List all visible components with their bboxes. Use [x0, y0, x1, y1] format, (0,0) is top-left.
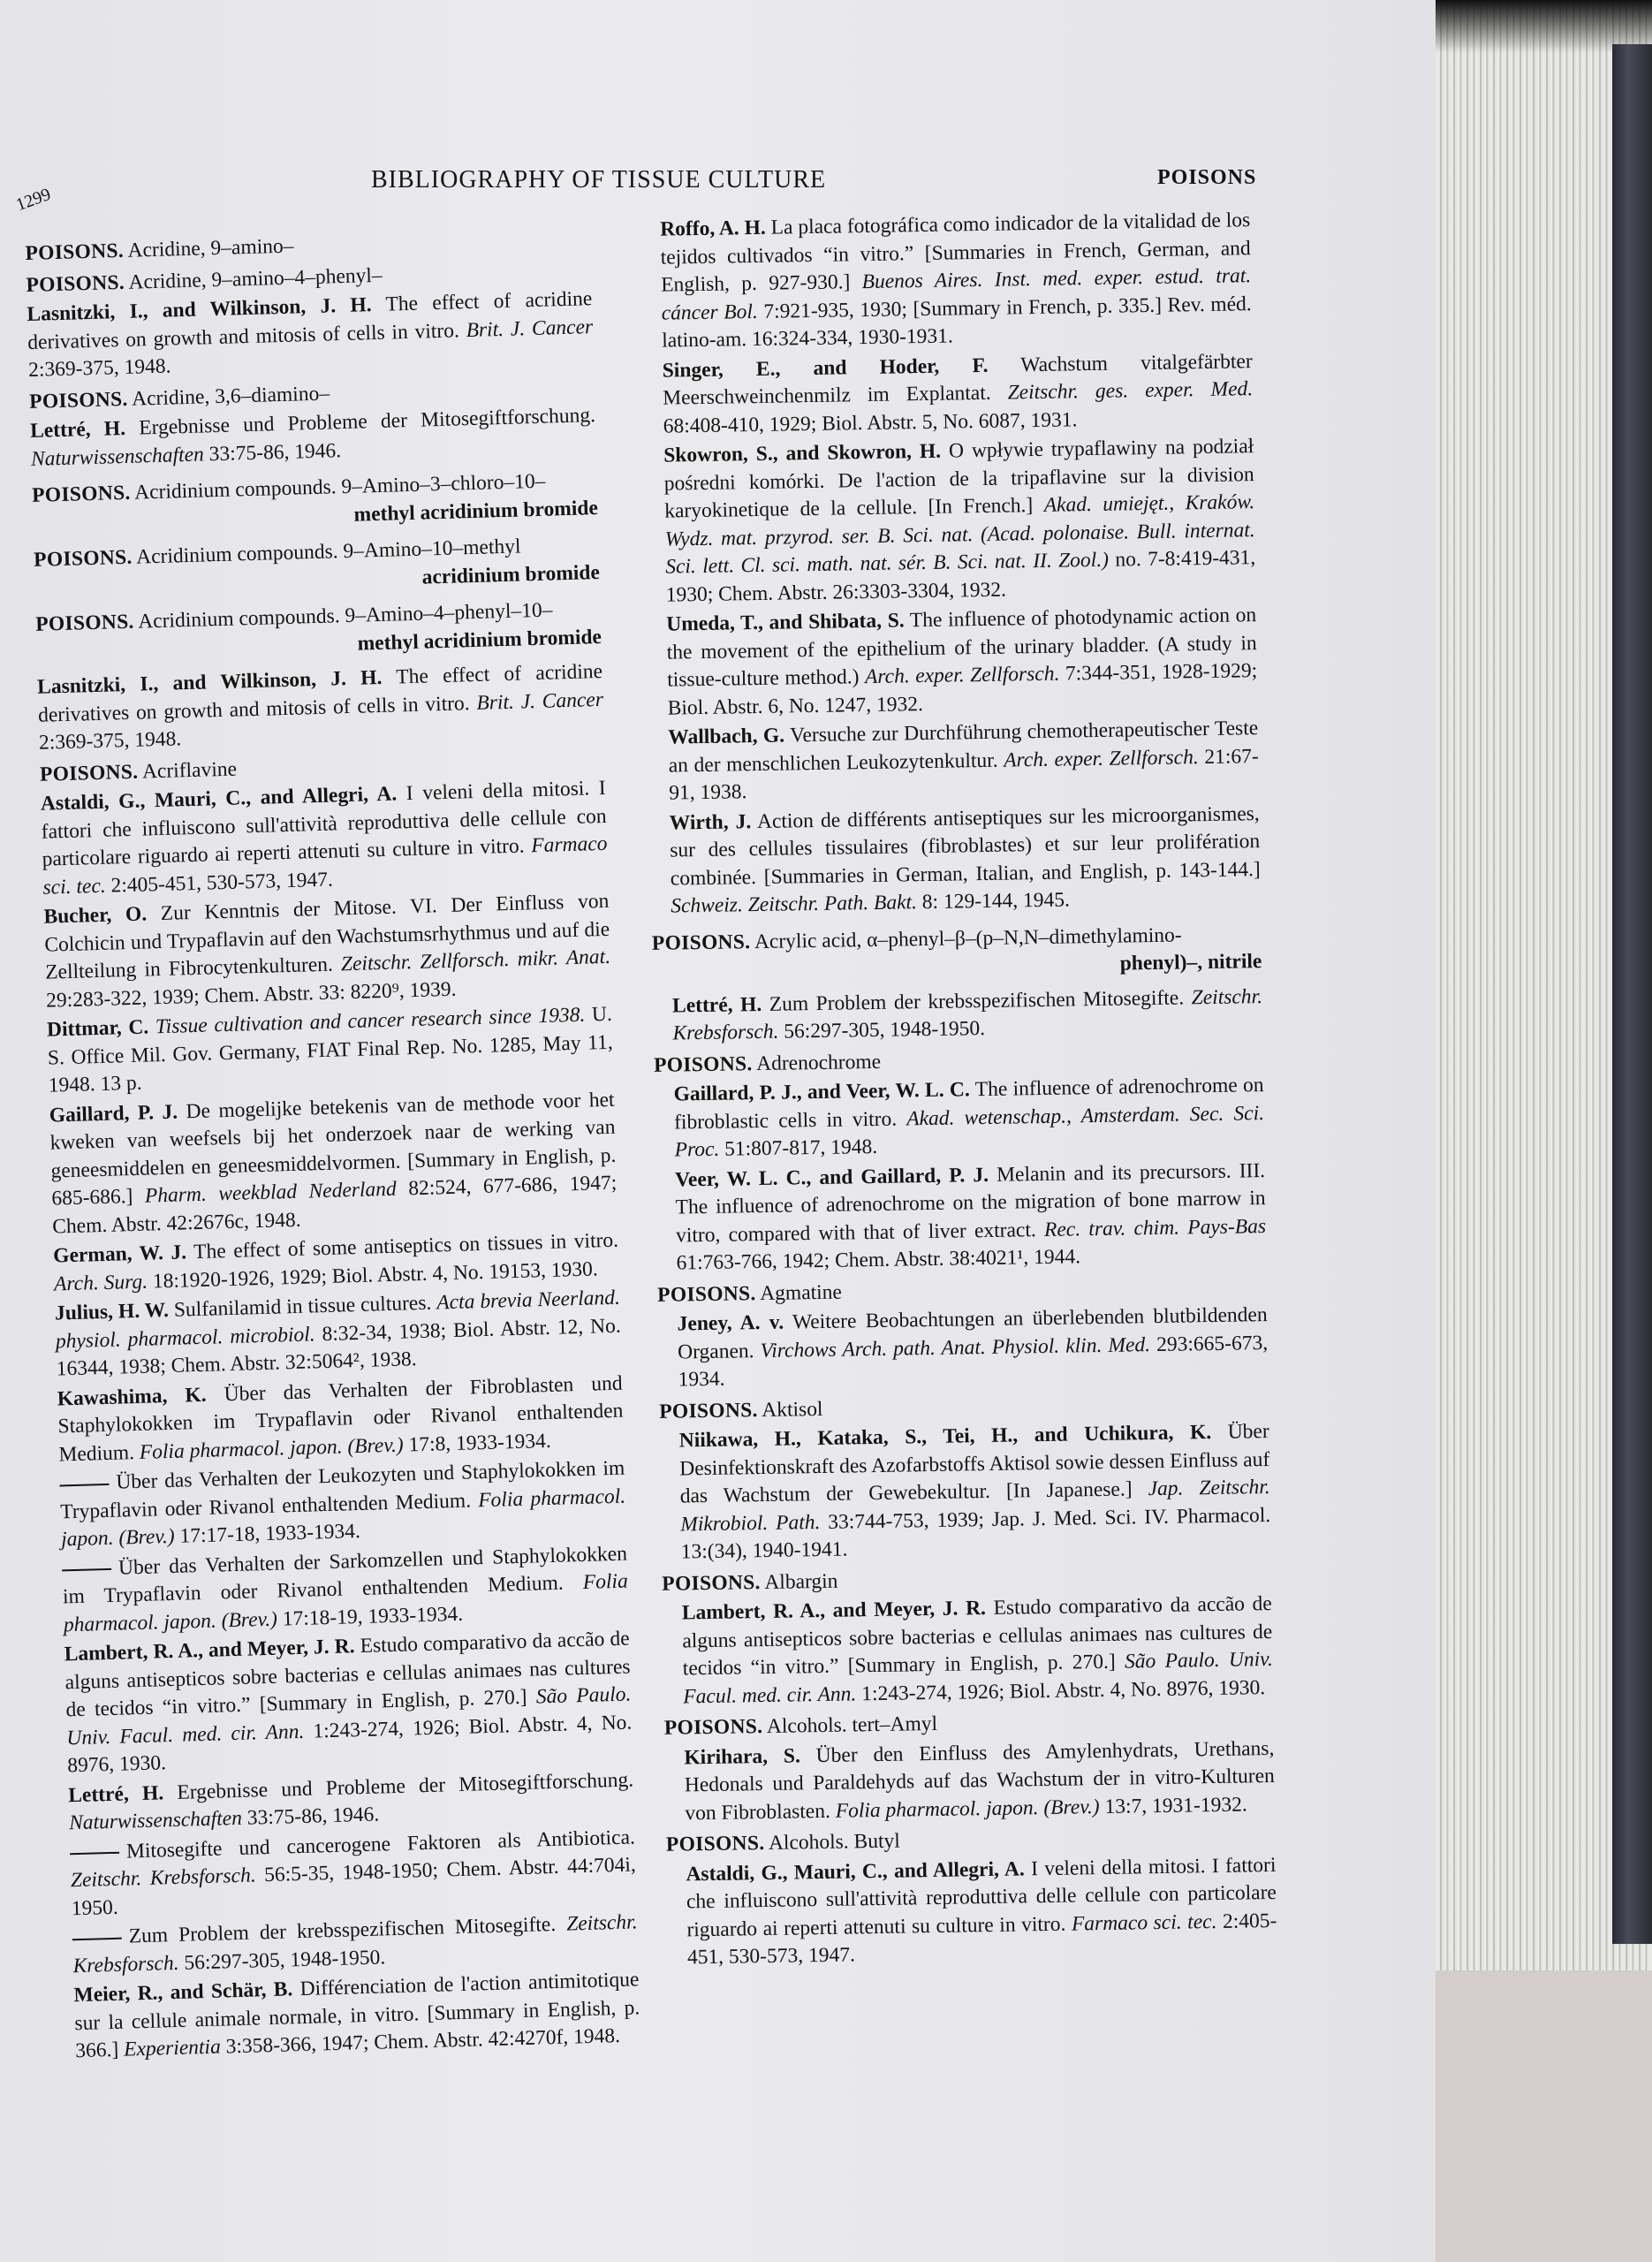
entry-author: Wallbach, G.: [668, 725, 784, 749]
heading-text: Albargin: [764, 1569, 838, 1593]
section-heading: POISONS: [1157, 166, 1256, 190]
entry-author: Singer, E., and Hoder, F.: [663, 353, 989, 382]
entry-author: Astaldi, G., Mauri, C., and Allegri, A.: [41, 782, 398, 815]
page-edge-bottom: [1436, 1970, 1652, 2262]
heading-text: Aktisol: [762, 1397, 823, 1421]
entry-journal: Virchows Arch. path. Anat. Physiol. klin…: [760, 1333, 1150, 1363]
entry-author: Julius, H. W.: [55, 1299, 170, 1325]
ditto-dash: [62, 1568, 111, 1572]
heading-keyword: POISONS.: [40, 760, 139, 786]
heading-text: Acridine, 3,6–diamino–: [132, 382, 330, 410]
entry-journal: Folia pharmacol. japon. (Brev.): [836, 1795, 1100, 1823]
entry-author: Lasnitzki, I., and Wilkinson, J. H.: [27, 293, 372, 326]
bibliography-entry: Skowron, S., and Skowron, H. O wpływie t…: [644, 433, 1256, 610]
entry-author: Lettré, H.: [30, 417, 126, 443]
entry-reference: 17:17-18, 1933-1934.: [179, 1520, 360, 1548]
entry-journal: Zeitschr. Zellforsch. mikr. Anat.: [341, 945, 611, 976]
left-column: POISONS. Acridine, 9–amino–POISONS. Acri…: [25, 221, 641, 2068]
entry-reference: 2:369-375, 1948.: [28, 354, 171, 381]
entry-journal: Experientia: [124, 2036, 221, 2061]
bibliography-entry: Niikawa, H., Kataka, S., Tei, H., and Uc…: [660, 1418, 1271, 1567]
bibliography-entry: Gaillard, P. J. De mogelijke betekenis v…: [49, 1086, 618, 1241]
entry-journal: Brit. J. Cancer: [476, 687, 603, 714]
bibliography-entry: Jeney, A. v. Weitere Beobachtungen an üb…: [657, 1302, 1268, 1394]
heading-text: Acridine, 9–amino–: [127, 235, 294, 262]
bibliography-entry: Kawashima, K. Über das Verhalten der Fib…: [57, 1370, 624, 1469]
entry-journal: Pharm. weekblad Nederland: [145, 1178, 398, 1208]
bibliography-entry: Bucher, O. Zur Kenntnis der Mitose. VI. …: [43, 888, 611, 1015]
entry-title: Sulfanilamid in tissue cultures.: [174, 1292, 432, 1322]
entry-journal: Rec. trav. chim. Pays-Bas: [1044, 1215, 1266, 1241]
bibliography-entry: Kirihara, S. Über den Einfluss des Amyle…: [664, 1734, 1275, 1827]
entry-journal: Naturwissenschaften: [69, 1807, 242, 1834]
entry-reference: 61:763-766, 1942; Chem. Abstr. 38:4021¹,…: [676, 1245, 1080, 1274]
entry-journal: Brit. J. Cancer: [466, 315, 593, 342]
heading-keyword: POISONS.: [666, 1832, 765, 1856]
entry-reference: 8: 129-144, 1945.: [922, 888, 1070, 914]
bibliography-entry: Umeda, T., and Shibata, S. The influence…: [647, 602, 1258, 723]
entry-journal: Folia pharmacol. japon. (Brev.): [139, 1433, 404, 1463]
bibliography-entry: Lettré, H. Zum Problem der krebsspezifis…: [653, 983, 1263, 1049]
entry-author: Niikawa, H., Kataka, S., Tei, H., and Uc…: [679, 1421, 1212, 1452]
right-column: Roffo, A. H. La placa fotográfica como i…: [640, 207, 1277, 1974]
entry-reference: 17:18-19, 1933-1934.: [282, 1602, 463, 1630]
entry-reference: 68:408-410, 1929; Biol. Abstr. 5, No. 60…: [663, 408, 1078, 437]
entry-author: Lettré, H.: [672, 992, 762, 1017]
heading-keyword: POISONS.: [26, 270, 125, 296]
heading-keyword: POISONS.: [664, 1715, 763, 1740]
entry-journal: Zeitschr. Krebsforsch.: [71, 1863, 256, 1892]
bibliography-entry: Singer, E., and Hoder, F. Wachstum vital…: [643, 348, 1254, 441]
heading-text: Alcohols. Butyl: [769, 1830, 900, 1855]
bibliography-entry: Dittmar, C. Tissue cultivation and cance…: [47, 1001, 614, 1100]
entry-author: Lettré, H.: [68, 1781, 164, 1807]
entry-reference: 2:369-375, 1948.: [39, 727, 182, 754]
heading-keyword: POISONS.: [657, 1282, 756, 1307]
bibliography-entry: Astaldi, G., Mauri, C., and Allegri, A. …: [41, 775, 609, 902]
heading-subtext: phenyl)–, nitrile: [652, 948, 1262, 985]
entry-reference: 13:7, 1931-1932.: [1104, 1793, 1247, 1818]
entry-author: Wirth, J.: [670, 810, 752, 834]
entry-journal: Naturwissenschaften: [31, 443, 204, 470]
bibliography-entry: Lasnitzki, I., and Wilkinson, J. H. The …: [27, 285, 594, 384]
bibliography-entry: Lambert, R. A., and Meyer, J. R. Estudo …: [663, 1590, 1274, 1712]
bibliography-entry: Roffo, A. H. La placa fotográfica como i…: [640, 207, 1252, 355]
entry-reference: 56:297-305, 1948-1950.: [784, 1017, 985, 1044]
entry-journal: Schweiz. Zeitschr. Path. Bakt.: [671, 891, 917, 917]
heading-keyword: POISONS.: [654, 1052, 753, 1077]
entry-title: Über das Verhalten der Sarkomzellen und …: [63, 1542, 628, 1608]
entry-author: Lambert, R. A., and Meyer, J. R.: [682, 1597, 987, 1624]
heading-keyword: POISONS.: [35, 611, 134, 636]
heading-keyword: POISONS.: [32, 482, 131, 507]
heading-keyword: POISONS.: [29, 387, 128, 413]
entry-reference: 2:405-451, 530-573, 1947.: [110, 868, 333, 897]
bibliography-entry: Meier, R., and Schär, B. Différenciation…: [73, 1966, 640, 2065]
entry-author: Dittmar, C.: [47, 1015, 149, 1041]
entry-reference: 51:807-817, 1948.: [724, 1135, 877, 1161]
bibliography-entry: Veer, W. L. C., and Gaillard, P. J. Mela…: [655, 1158, 1267, 1279]
heading-keyword: POISONS.: [34, 546, 133, 572]
book-cover: [1612, 44, 1652, 1944]
entry-author: Kawashima, K.: [57, 1383, 207, 1410]
heading-text: Agmatine: [760, 1280, 842, 1304]
ditto-dash: [72, 1937, 122, 1940]
heading-keyword: POISONS.: [662, 1571, 761, 1596]
entry-author: Veer, W. L. C., and Gaillard, P. J.: [675, 1163, 989, 1191]
entry-author: Jeney, A. v.: [677, 1311, 784, 1336]
ditto-dash: [59, 1483, 109, 1486]
subject-heading: POISONS. Acridinium compounds. 9–Amino–1…: [34, 531, 601, 603]
page-number: 1299: [13, 185, 53, 216]
book-page-edges: [1436, 0, 1652, 2262]
entry-author: Lambert, R. A., and Meyer, J. R.: [64, 1635, 354, 1666]
heading-text: Adrenochrome: [756, 1050, 881, 1074]
ditto-dash: [70, 1852, 119, 1856]
bibliography-entry: Julius, H. W. Sulfanilamid in tissue cul…: [55, 1285, 622, 1384]
bibliography-entry: Mitosegifte und cancerogene Faktoren als…: [70, 1824, 637, 1923]
entry-journal: Arch. exper. Zellforsch.: [1004, 746, 1199, 771]
entry-author: Meier, R., and Schär, B.: [73, 1977, 292, 2007]
entry-author: Gaillard, P. J., and Veer, W. L. C.: [673, 1078, 970, 1105]
bibliography-entry: Lambert, R. A., and Meyer, J. R. Estudo …: [64, 1626, 633, 1780]
bibliography-entry: Lasnitzki, I., and Wilkinson, J. H. The …: [37, 658, 604, 757]
entry-author: Astaldi, G., Mauri, C., and Allegri, A.: [686, 1857, 1025, 1886]
heading-keyword: POISONS.: [652, 930, 751, 955]
entry-reference: 56:297-305, 1948-1950.: [184, 1946, 385, 1974]
entry-journal: Arch. exper. Zellforsch.: [865, 663, 1060, 688]
entry-reference: 33:75-86, 1946.: [246, 1803, 379, 1829]
entry-author: Skowron, S., and Skowron, H.: [663, 440, 941, 467]
entry-title: Action de différents antiseptiques sur l…: [670, 802, 1261, 890]
entry-author: German, W. J.: [53, 1241, 187, 1267]
entry-author: Umeda, T., and Shibata, S.: [666, 609, 905, 635]
bibliography-entry: Gaillard, P. J., and Veer, W. L. C. The …: [654, 1072, 1264, 1165]
heading-text: Alcohols. tert–Amyl: [767, 1712, 938, 1738]
entry-reference: 33:75-86, 1946.: [208, 439, 341, 466]
bibliography-entry: Wirth, J. Action de différents antisepti…: [650, 801, 1262, 922]
subject-heading: POISONS. Acrylic acid, α–phenyl–β–(p–N,N…: [652, 921, 1262, 986]
heading-text: Acridine, 9–amino–4–phenyl–: [128, 263, 383, 293]
heading-text: Acrylic acid, α–phenyl–β–(p–N,N–dimethyl…: [754, 923, 1182, 953]
bibliography-entry: Über das Verhalten der Sarkomzellen und …: [62, 1540, 629, 1639]
bibliography-entry: Wallbach, G. Versuche zur Durchführung c…: [648, 715, 1259, 808]
bibliography-entry: Über das Verhalten der Leukozyten und St…: [59, 1455, 626, 1554]
entry-author: Kirihara, S.: [684, 1744, 800, 1769]
entry-title: Zum Problem der krebsspezifischen Mitose…: [769, 986, 1185, 1015]
book-page: 1299 BIBLIOGRAPHY OF TISSUE CULTURE POIS…: [0, 0, 1436, 2262]
running-title: BIBLIOGRAPHY OF TISSUE CULTURE: [371, 166, 826, 194]
entry-journal: Arch. Surg.: [54, 1270, 148, 1295]
entry-author: Lasnitzki, I., and Wilkinson, J. H.: [37, 666, 383, 699]
bibliography-entry: Astaldi, G., Mauri, C., and Allegri, A. …: [666, 1851, 1277, 1972]
entry-reference: 17:8, 1933-1934.: [408, 1429, 551, 1455]
entry-author: Roffo, A. H.: [660, 216, 766, 241]
subject-heading: POISONS. Acridinium compounds. 9–Amino–3…: [32, 467, 599, 538]
entry-reference: 1:243-274, 1926; Biol. Abstr. 4, No. 897…: [861, 1676, 1265, 1705]
heading-text: Acriflavine: [142, 757, 238, 783]
entry-journal: Farmaco sci. tec.: [1072, 1909, 1217, 1935]
entry-author: Gaillard, P. J.: [49, 1100, 178, 1127]
heading-keyword: POISONS.: [659, 1399, 758, 1423]
entry-author: Bucher, O.: [43, 902, 147, 928]
entry-journal: Zeitschr. ges. exper. Med.: [1007, 377, 1253, 404]
entry-reference: 3:358-366, 1947; Chem. Abstr. 42:4270f, …: [225, 2024, 620, 2058]
heading-keyword: POISONS.: [25, 239, 124, 265]
subject-heading: POISONS. Acridinium compounds. 9–Amino–4…: [35, 596, 602, 667]
